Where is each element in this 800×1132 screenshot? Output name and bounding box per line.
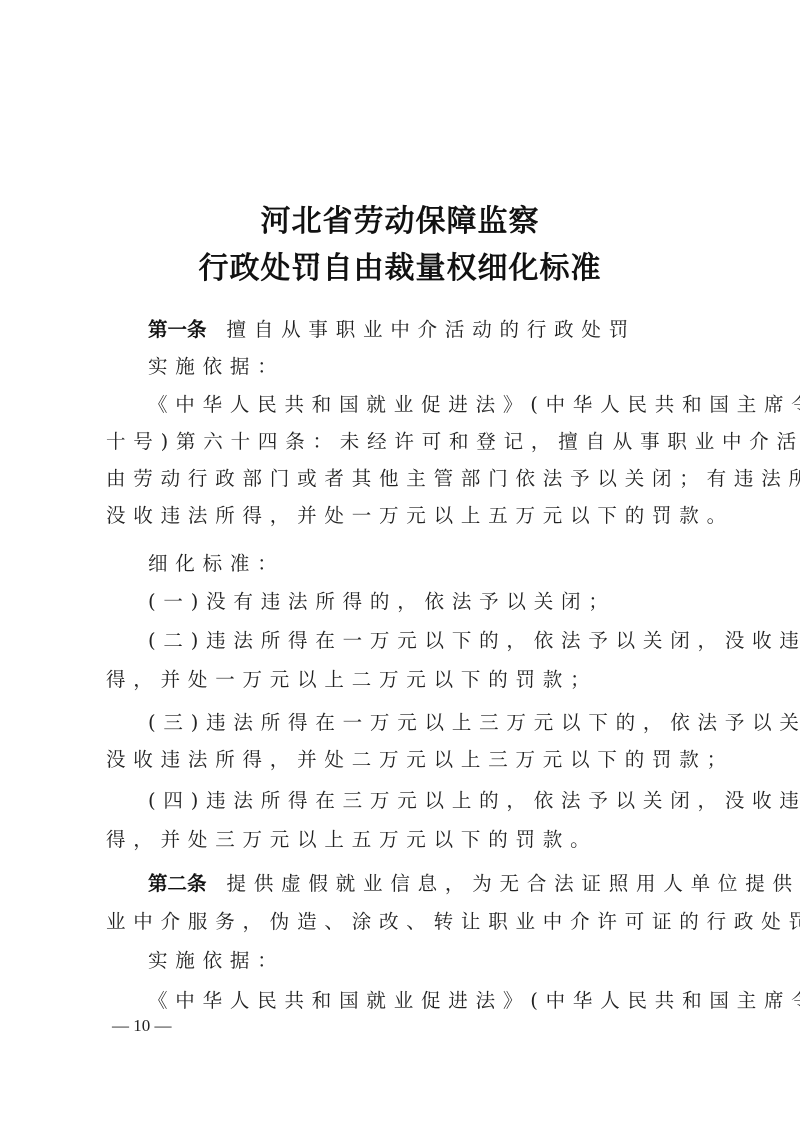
article2-basis-label: 实施依据： xyxy=(148,947,738,975)
article1-standard-label: 细化标准： xyxy=(148,550,738,578)
article1-standard-line: (一)没有违法所得的，依法予以关闭； xyxy=(148,588,738,616)
article1-heading: 第一条擅自从事职业中介活动的行政处罚 xyxy=(148,316,738,344)
article2-heading-text: 提供虚假就业信息，为无合法证照用人单位提供职 xyxy=(227,872,800,895)
page-number: — 10 — xyxy=(112,1016,172,1036)
article2-basis-line: 《中华人民共和国就业促进法》(中华人民共和国主席令第七 xyxy=(148,987,738,1015)
article1-basis-line: 没收违法所得，并处一万元以上五万元以下的罚款。 xyxy=(106,502,696,530)
article1-heading-text: 擅自从事职业中介活动的行政处罚 xyxy=(227,318,637,341)
article1-label: 第一条 xyxy=(148,318,207,341)
document-page: 河北省劳动保障监察 行政处罚自由裁量权细化标准 第一条擅自从事职业中介活动的行政… xyxy=(0,0,800,1132)
article1-basis-line: 由劳动行政部门或者其他主管部门依法予以关闭；有违法所得的， xyxy=(106,465,696,493)
article1-standard-line: 得，并处三万元以上五万元以下的罚款。 xyxy=(106,826,696,854)
article1-standard-line: 没收违法所得，并处二万元以上三万元以下的罚款； xyxy=(106,746,696,774)
article1-basis-line: 十号)第六十四条：未经许可和登记，擅自从事职业中介活动的， xyxy=(106,428,696,456)
article2-heading: 第二条提供虚假就业信息，为无合法证照用人单位提供职 xyxy=(148,870,738,898)
article2-label: 第二条 xyxy=(148,872,207,895)
document-title-line1: 河北省劳动保障监察 xyxy=(0,196,800,240)
article2-heading-line2: 业中介服务，伪造、涂改、转让职业中介许可证的行政处罚 xyxy=(106,908,696,936)
article1-standard-line: (四)违法所得在三万元以上的，依法予以关闭，没收违法所 xyxy=(148,787,738,815)
article1-basis-label: 实施依据： xyxy=(148,353,738,381)
article1-standard-line: (二)违法所得在一万元以下的，依法予以关闭，没收违法所 xyxy=(148,627,738,655)
article1-standard-line: 得，并处一万元以上二万元以下的罚款； xyxy=(106,666,696,694)
article1-basis-line: 《中华人民共和国就业促进法》(中华人民共和国主席令第七 xyxy=(148,391,738,419)
document-title-line2: 行政处罚自由裁量权细化标准 xyxy=(0,243,800,287)
article1-standard-line: (三)违法所得在一万元以上三万元以下的，依法予以关闭， xyxy=(148,709,738,737)
